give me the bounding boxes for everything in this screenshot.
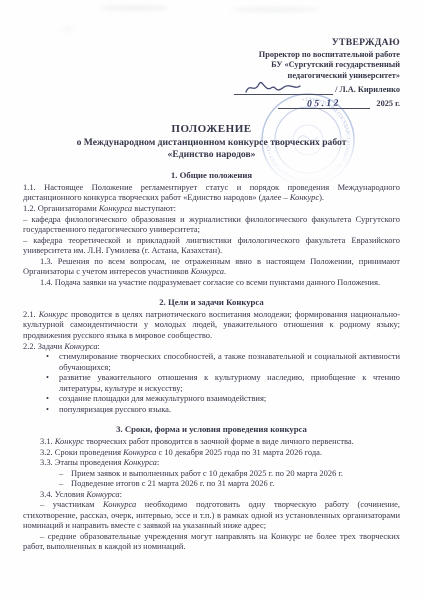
title-line3: «Единство народов»: [23, 149, 400, 160]
text-run: 1.4. Подача заявки на участие подразумев…: [40, 277, 380, 287]
dash-marker: –: [59, 468, 71, 479]
paragraph: 3.3. Этапы проведения Конкурса:: [23, 457, 400, 468]
bullet-marker: •: [46, 404, 59, 415]
paragraph: – кафедра филологического образования и …: [23, 214, 400, 235]
signature-line: [234, 82, 333, 95]
text-run: Конкурса: [99, 203, 132, 213]
text-run: 3.3. Этапы проведения: [40, 457, 124, 467]
paragraph: – кафедра теоретической и прикладной лин…: [23, 235, 400, 256]
text-run: творческих работ проводится в заочной фо…: [84, 436, 354, 446]
text-content: Прием заявок и выполненных работ с 10 де…: [71, 468, 400, 479]
text-run: Конкурс: [55, 436, 84, 446]
paragraph: – средние образовательные учреждения мог…: [23, 531, 400, 552]
text-run: – кафедра теоретической и прикладной лин…: [23, 235, 400, 256]
text-run: ).: [319, 192, 324, 202]
paragraph: 1.3. Решения по всем вопросам, не отраже…: [23, 256, 400, 277]
bullet-item: •стимулирование творческих способностей,…: [23, 351, 400, 372]
text-run: проводится в целях патриотического воспи…: [23, 309, 400, 340]
text-run: :: [98, 341, 100, 351]
date-line: 05.12: [278, 96, 370, 109]
text-run: 3.2. Сроки проведения: [40, 447, 123, 457]
handwritten-signature: [240, 79, 304, 97]
text-run: популяризация русского языка.: [59, 404, 171, 414]
title-line2: о Международном дистанционном конкурсе т…: [23, 137, 400, 148]
handwritten-date: 05.12: [278, 98, 370, 111]
document-title: ПОЛОЖЕНИЕ о Международном дистанционном …: [23, 123, 400, 160]
text-run: стимулирование творческих способностей, …: [59, 351, 400, 372]
bullet-item: •создание площадки для межкультурного вз…: [23, 393, 400, 404]
text-run: Конкурса: [103, 499, 136, 509]
paragraph: 1.4. Подача заявки на участие подразумев…: [23, 277, 400, 288]
paragraph: 3.4. Условия Конкурса:: [23, 489, 400, 500]
text-content: стимулирование творческих способностей, …: [59, 351, 400, 372]
paragraph: 3.1. Конкурс творческих работ проводится…: [23, 436, 400, 447]
approver-title-line3: педагогический университет»: [23, 71, 400, 82]
text-content: создание площадки для межкультурного вза…: [59, 393, 400, 404]
bullet-item: •развитие уважительного отношения к куль…: [23, 372, 400, 393]
text-content: Подведение итогов с 21 марта 2026 г. по …: [71, 478, 400, 489]
text-run: Конкурса: [191, 266, 224, 276]
approval-block: УТВЕРЖДАЮ Проректор по воспитательной ра…: [23, 38, 400, 109]
text-run: 3.1.: [40, 436, 55, 446]
text-run: 1.2. Организаторами: [23, 203, 99, 213]
text-run: Прием заявок и выполненных работ с 10 де…: [71, 468, 343, 478]
approver-name: / Л.А. Кириленко: [333, 85, 400, 96]
dash-item: –Прием заявок и выполненных работ с 10 д…: [23, 468, 400, 479]
bullet-marker: •: [46, 351, 59, 372]
approver-title-line1: Проректор по воспитательной работе: [23, 50, 400, 61]
text-run: :: [120, 489, 122, 499]
section-heading: 1. Общие положения: [23, 170, 400, 181]
text-run: – средние образовательные учреждения мог…: [23, 531, 400, 552]
text-run: выступают:: [132, 203, 176, 213]
text-run: – участникам: [40, 499, 103, 509]
section-heading: 3. Сроки, форма и условия проведения кон…: [23, 424, 400, 435]
dash-marker: –: [59, 478, 71, 489]
text-run: Конкурса: [124, 457, 157, 467]
paragraph: 1.2. Организаторами Конкурса выступают:: [23, 203, 400, 214]
text-run: 3.4. Условия: [40, 489, 86, 499]
text-run: – кафедра филологического образования и …: [23, 214, 400, 235]
approver-title-line2: БУ «Сургутский государственный: [23, 60, 400, 71]
text-run: создание площадки для межкультурного вза…: [59, 393, 266, 403]
scanned-document-page: • СУРГУТСКИЙ ГОСУДАРСТВЕННЫЙ ПЕДАГОГИЧЕС…: [0, 0, 424, 599]
bullet-marker: •: [46, 372, 59, 393]
bullet-marker: •: [46, 393, 59, 404]
text-run: Конкурса: [64, 341, 97, 351]
paragraph: 2.1. Конкурс проводится в целях патриоти…: [23, 309, 400, 341]
dash-item: –Подведение итогов с 21 марта 2026 г. по…: [23, 478, 400, 489]
text-content: популяризация русского языка.: [59, 404, 400, 415]
bullet-item: •популяризация русского языка.: [23, 404, 400, 415]
title-line1: ПОЛОЖЕНИЕ: [23, 123, 400, 135]
paragraph: 2.2. Задачи Конкурса:: [23, 341, 400, 352]
text-content: развитие уважительного отношения к культ…: [59, 372, 400, 393]
text-run: Подведение итогов с 21 марта 2026 г. по …: [71, 478, 274, 488]
text-run: 1.1. Настоящее Положение регламентирует …: [23, 182, 400, 203]
text-run: Конкурса: [123, 447, 156, 457]
approval-year: 2025 г.: [370, 99, 400, 110]
approve-word: УТВЕРЖДАЮ: [23, 38, 400, 49]
text-run: развитие уважительного отношения к культ…: [59, 372, 400, 393]
text-run: .: [224, 266, 226, 276]
paragraph: 3.2. Сроки проведения Конкурса с 10 дека…: [23, 447, 400, 458]
text-run: :: [157, 457, 159, 467]
section-heading: 2. Цели и задачи Конкурса: [23, 297, 400, 308]
paragraph: – участникам Конкурса необходимо подгото…: [23, 499, 400, 531]
date-row: 05.12 2025 г.: [23, 95, 400, 109]
paragraph: 1.1. Настоящее Положение регламентирует …: [23, 182, 400, 203]
text-run: Конкурс: [39, 309, 68, 319]
document-body: 1. Общие положения1.1. Настоящее Положен…: [23, 170, 400, 552]
text-run: с 10 декабря 2025 года по 31 марта 2026 …: [156, 447, 322, 457]
signature-row: / Л.А. Кириленко: [23, 81, 400, 95]
text-run: 2.2. Задачи: [23, 341, 64, 351]
text-run: 2.1.: [23, 309, 39, 319]
text-run: Конкурса: [86, 489, 119, 499]
text-run: Конкурс: [290, 192, 319, 202]
